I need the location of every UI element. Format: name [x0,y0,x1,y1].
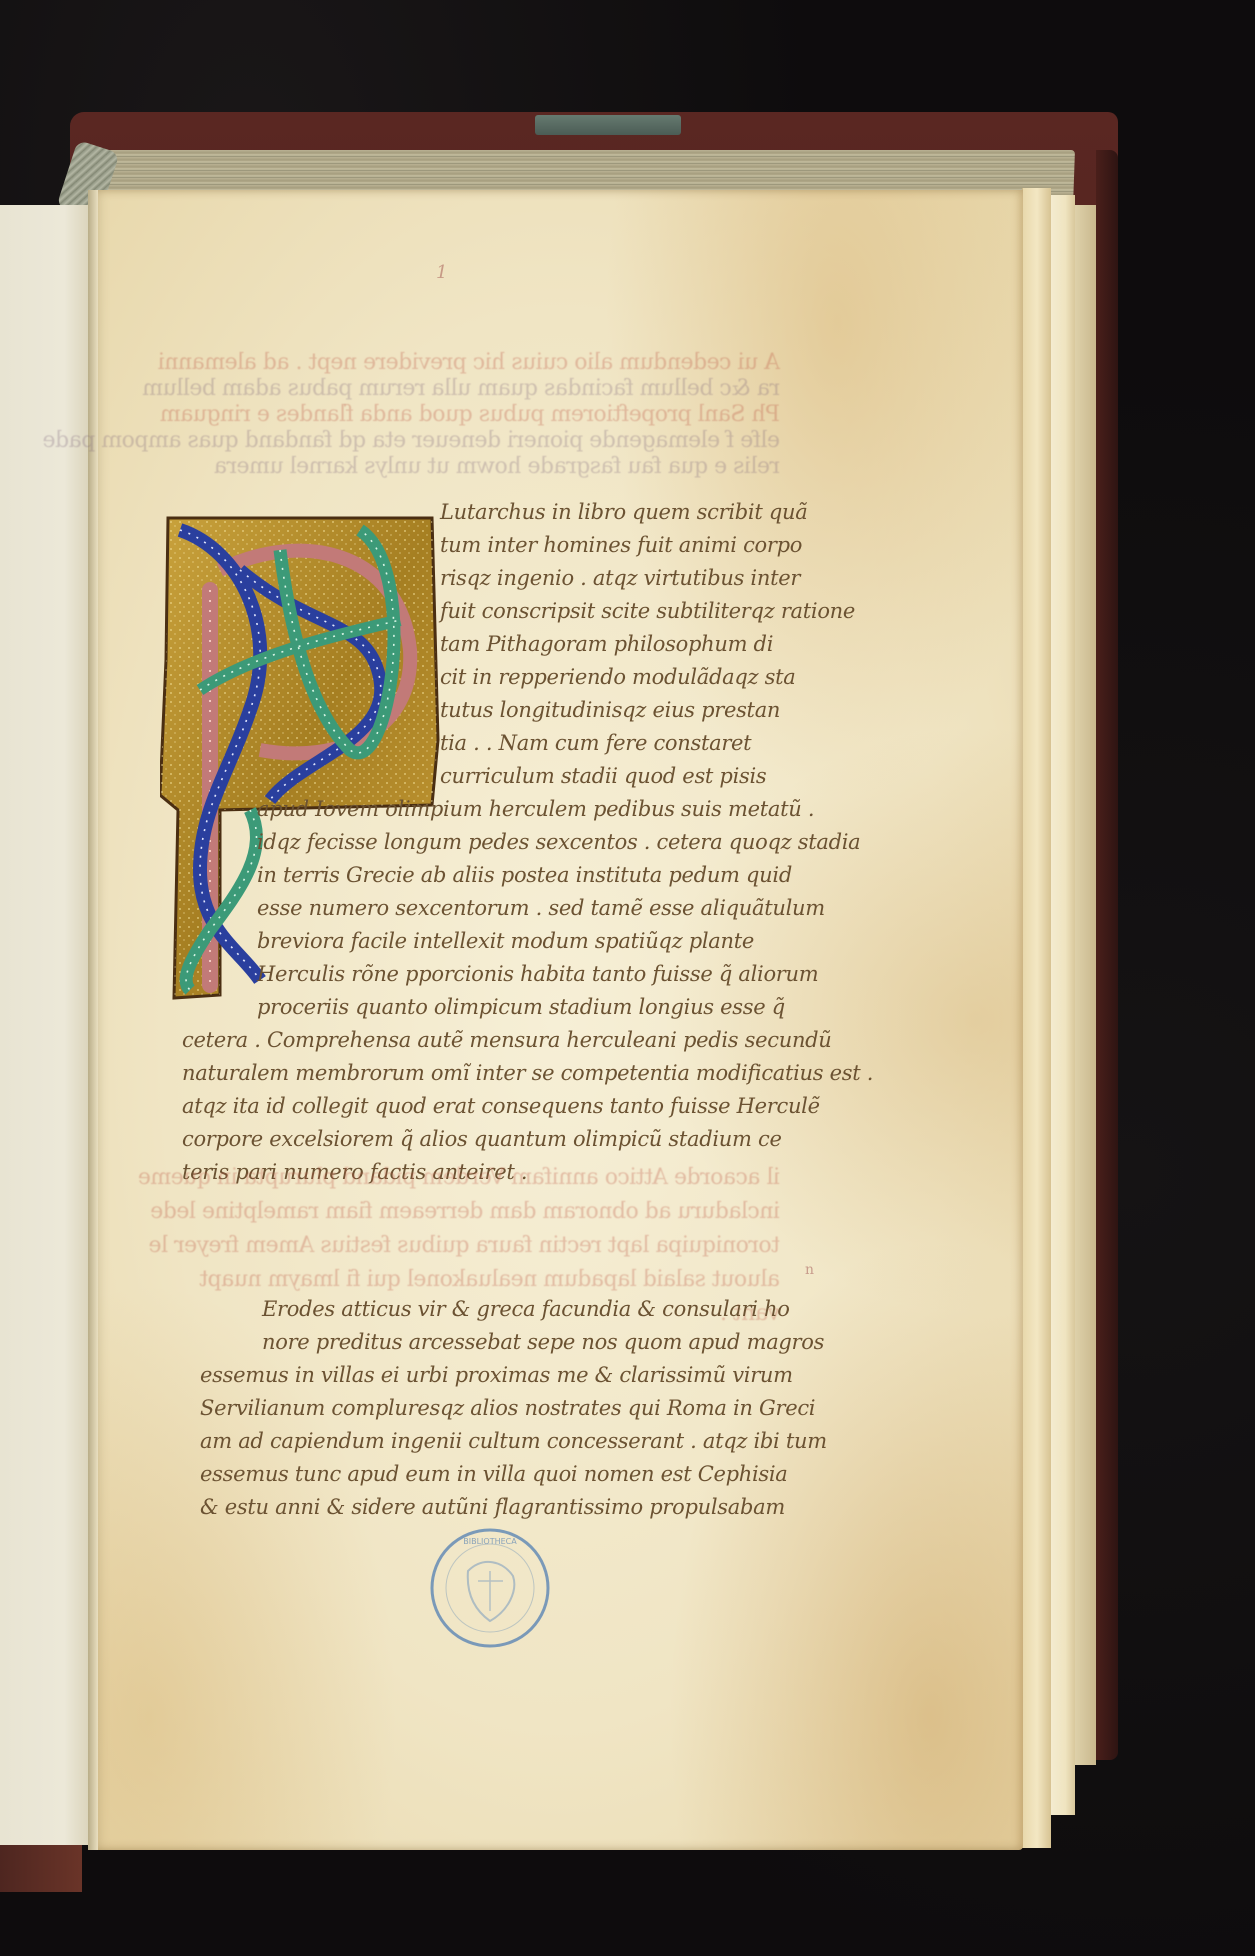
text-line: fuit conscripsit scite subtiliterqz rati… [440,599,855,623]
text-line: nore preditus arcessebat sepe nos quom a… [262,1330,824,1354]
text-line: am ad capiendum ingenii cultum concesser… [200,1429,827,1453]
text-line: essemus tunc apud eum in villa quoi nome… [200,1462,788,1486]
text-line: Servilianum compluresqz alios nostrates … [200,1396,815,1420]
text-line: cit in repperiendo modulãdaqz sta [440,665,796,689]
bleed-line: toroniquipa lapt rectin faura quibus fes… [180,1233,780,1259]
text-line: Erodes atticus vir & greca facundia & co… [262,1297,790,1321]
text-line: tia . . Nam cum fere constaret [440,731,751,755]
text-line: naturalem membrorum omĩ inter se compete… [182,1061,873,1085]
text-line: proceriis quanto olimpicum stadium longi… [257,995,785,1019]
text-line: idqz fecisse longum pedes sexcentos . ce… [257,830,860,854]
folio-mark: 1 [436,262,447,283]
text-line: tum inter homines fuit animi corpo [440,533,802,557]
text-line: tam Pithagoram philosophum di [440,632,773,656]
binding-fore-edge [1096,150,1118,1760]
stamp-legend: BIBLIOTHECA [463,1537,517,1546]
bleed-line: relis e qua fau fasgrade howm ut unlys k… [180,454,780,480]
text-line: curriculum stadii quod est pisis [440,764,766,788]
text-line: cetera . Comprehensa autẽ mensura hercul… [182,1028,832,1052]
text-line: essemus in villas ei urbi proximas me & … [200,1363,793,1387]
bleed-line: Ph Sanl propeftiorem pubus quod anda fla… [180,402,780,428]
bleed-line: ra &c bellum facindas quam ulla rerum pa… [180,376,780,402]
left-cover-corner [0,1840,82,1892]
text-line: atqz ita id collegit quod erat consequen… [182,1094,820,1118]
text-line: esse numero sexcentorum . sed tamẽ esse … [257,896,825,920]
bleed-line: A ui cedendum alio cuius hic previdere n… [180,350,780,376]
fore-edge-stack-1 [1022,188,1051,1848]
fore-edge-stack-2 [1050,195,1075,1815]
bleed-line: il acaorde Attico annifam Verdem pidand … [180,1165,780,1191]
bleed-line: incladuru ad obnoram dam derreaem fiam r… [180,1199,780,1225]
text-line: risqz ingenio . atqz virtutibus inter [440,566,800,590]
clasp [535,115,681,135]
bleed-line: elfe f elemagende pioneri deneuer eta qd… [180,428,780,454]
bleed-through-top: A ui cedendum alio cuius hic previdere n… [180,350,780,480]
text-line: tutus longitudinisqz eius prestan [440,698,780,722]
text-line: Herculis rõne pporcionis habita tanto fu… [257,962,818,986]
text-line: breviora facile intellexit modum spatiũq… [257,929,754,953]
text-line: Lutarchus in libro quem scribit quã [440,500,807,524]
library-stamp: BIBLIOTHECA [428,1526,552,1650]
text-line: & estu anni & sidere autũni flagrantissi… [200,1495,785,1519]
marginal-mark: n [805,1262,814,1278]
bleed-line: aluout salaid lapadum nealuakonel qui fi… [180,1267,780,1293]
fore-edge-stack-3 [1074,205,1096,1765]
text-line: apud Iovem olimpium herculem pedibus sui… [257,797,814,821]
text-line: in terris Grecie ab aliis postea institu… [257,863,792,887]
